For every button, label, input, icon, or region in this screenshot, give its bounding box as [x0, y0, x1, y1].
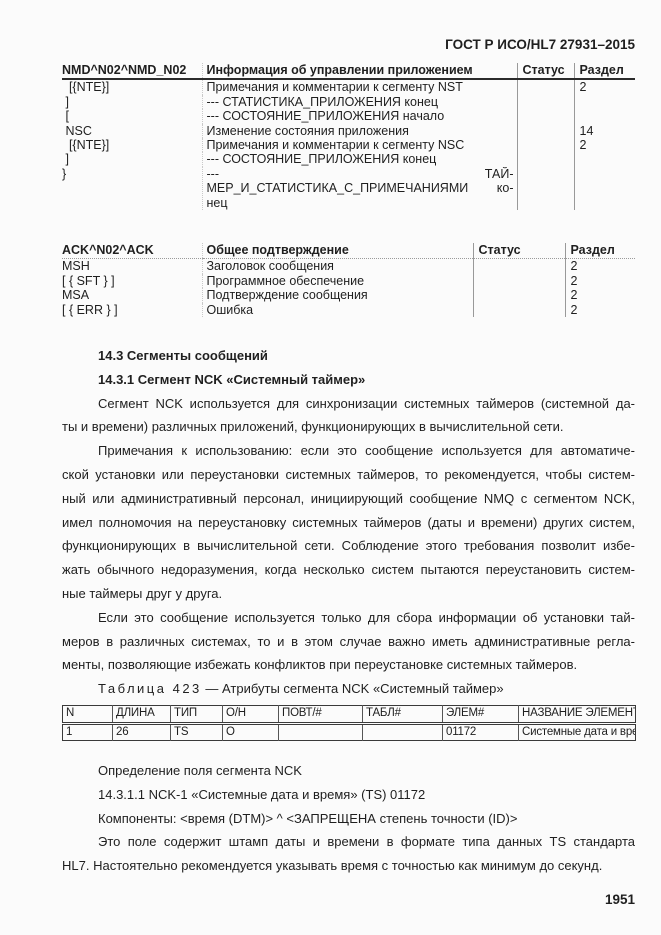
segment-cell: ]: [62, 95, 202, 109]
text-line: жать обычного недоразумения, когда неско…: [62, 558, 635, 582]
description-text: ---: [207, 167, 220, 181]
section-heading-14-3-1: 14.3.1 Сегмент NCK «Системный таймер»: [62, 368, 635, 392]
col-header-description: Информация об управлении приложением: [202, 63, 517, 79]
field-definition-heading: 14.3.1.1 NCK-1 «Системные дата и время» …: [62, 783, 635, 807]
segment-cell: MSA: [62, 288, 202, 302]
status-cell: [517, 152, 574, 166]
col-header-opt: О/Н: [223, 706, 279, 724]
text-line: функционирующих в вычислительной сети. С…: [62, 534, 635, 558]
col-header-segment: NMD^N02^NMD_N02: [62, 63, 202, 79]
col-header-type: ТИП: [171, 706, 223, 724]
segment-cell: [{NTE}]: [62, 138, 202, 152]
table-row: [ --- СОСТОЯНИЕ_ПРИЛОЖЕНИЯ начало: [62, 109, 635, 123]
text-line: ный или административный персонал, иници…: [62, 487, 635, 511]
table-caption: Таблица 423 — Атрибуты сегмента NCK «Сис…: [62, 677, 635, 701]
segment-cell: [: [62, 109, 202, 123]
section-cell: 2: [574, 79, 635, 94]
status-cell: [517, 109, 574, 123]
text-line: ты и времени) различных приложений, функ…: [62, 415, 635, 439]
table-row: MSH Заголовок сообщения 2: [62, 259, 635, 274]
table-row: ] --- СТАТИСТИКА_ПРИЛОЖЕНИЯ конец: [62, 95, 635, 109]
element-name-cell: Системные дата и время: [519, 723, 636, 741]
segment-cell: [ { ERR } ]: [62, 303, 202, 317]
segment-cell: [ { SFT } ]: [62, 274, 202, 288]
description-cell: Программное обеспечение: [202, 274, 473, 288]
type-cell: TS: [171, 723, 223, 741]
segment-cell: [{NTE}]: [62, 79, 202, 94]
text-line: ные таймеры друг у друга.: [62, 582, 635, 606]
text-line: имел полномочия на переустановку системн…: [62, 511, 635, 535]
table-row: 1 26 TS O 01172 Системные дата и время: [63, 723, 636, 741]
description-line: --- ТАЙ-: [207, 167, 514, 181]
description-text: ТАЙ-: [485, 167, 514, 181]
repeat-cell: [279, 723, 363, 741]
description-cell: Изменение состояния приложения: [202, 124, 517, 138]
status-cell: [473, 259, 565, 274]
page-content: ГОСТ Р ИСО/HL7 27931–2015 NMD^N02^NMD_N0…: [62, 0, 635, 907]
table-row: [{NTE}] Примечания и комментарии к сегме…: [62, 79, 635, 94]
table-row: NSC Изменение состояния приложения 14: [62, 124, 635, 138]
status-cell: [473, 303, 565, 317]
text-line: Сегмент NCK используется для синхронизац…: [62, 392, 635, 416]
length-cell: 26: [113, 723, 171, 741]
text-line: Если это сообщение используется только д…: [62, 606, 635, 630]
col-header-length: ДЛИНА: [113, 706, 171, 724]
tbl-cell: [363, 723, 443, 741]
document-header: ГОСТ Р ИСО/HL7 27931–2015: [62, 0, 635, 52]
status-cell: [517, 79, 574, 94]
description-cell: --- ТАЙ- МЕР_И_СТАТИСТИКА_С_ПРИМЕЧАНИЯМИ…: [202, 167, 517, 210]
text-line: HL7. Настоятельно рекомендуется указыват…: [62, 854, 635, 878]
segment-cell: MSH: [62, 259, 202, 274]
paragraph-usage-notes: Примечания к использованию: если это соо…: [62, 439, 635, 606]
page-number: 1951: [62, 892, 635, 907]
col-header-section: Раздел: [574, 63, 635, 79]
status-cell: [517, 138, 574, 152]
text-line: Это поле содержит штамп даты и времени в…: [62, 830, 635, 854]
table-row: [ { SFT } ] Программное обеспечение 2: [62, 274, 635, 288]
paragraph-nck-intro: Сегмент NCK используется для синхронизац…: [62, 392, 635, 440]
col-header-tbl: ТАБЛ#: [363, 706, 443, 724]
description-cell: Примечания и комментарии к сегменту NST: [202, 79, 517, 94]
opt-cell: O: [223, 723, 279, 741]
col-header-section: Раздел: [565, 243, 635, 259]
text-line: Примечания к использованию: если это соо…: [62, 439, 635, 463]
status-cell: [517, 167, 574, 210]
col-header-description: Общее подтверждение: [202, 243, 473, 259]
col-header-n: N: [63, 706, 113, 724]
field-definition-intro: Определение поля сегмента NCK: [62, 759, 635, 783]
table-row: [{NTE}] Примечания и комментарии к сегме…: [62, 138, 635, 152]
table-row: ] --- СОСТОЯНИЕ_ПРИЛОЖЕНИЯ конец: [62, 152, 635, 166]
paragraph-timer-info: Если это сообщение используется только д…: [62, 606, 635, 677]
section-cell: [574, 95, 635, 109]
table-caption-label: Таблица 423: [98, 681, 202, 696]
description-cell: Примечания и комментарии к сегменту NSC: [202, 138, 517, 152]
table-row: [ { ERR } ] Ошибка 2: [62, 303, 635, 317]
status-cell: [473, 274, 565, 288]
document-page: ГОСТ Р ИСО/HL7 27931–2015 NMD^N02^NMD_N0…: [0, 0, 661, 935]
n-cell: 1: [63, 723, 113, 741]
description-cell: --- СОСТОЯНИЕ_ПРИЛОЖЕНИЯ начало: [202, 109, 517, 123]
description-cell: Подтверждение сообщения: [202, 288, 473, 302]
description-line: нец: [207, 196, 514, 210]
table-header-row: NMD^N02^NMD_N02 Информация об управлении…: [62, 63, 635, 79]
nmd-message-structure-table: NMD^N02^NMD_N02 Информация об управлении…: [62, 63, 635, 210]
description-cell: --- СТАТИСТИКА_ПРИЛОЖЕНИЯ конец: [202, 95, 517, 109]
field-definition-section: Определение поля сегмента NCK 14.3.1.1 N…: [62, 759, 635, 878]
segment-cell: NSC: [62, 124, 202, 138]
section-cell: [574, 109, 635, 123]
col-header-status: Статус: [473, 243, 565, 259]
table-row: MSA Подтверждение сообщения 2: [62, 288, 635, 302]
nck-attributes-table: N ДЛИНА ТИП О/Н ПОВТ/# ТАБЛ# ЭЛЕМ# НАЗВА…: [62, 705, 636, 741]
text-line: ской установки или переустановки системн…: [62, 463, 635, 487]
status-cell: [517, 95, 574, 109]
elem-cell: 01172: [443, 723, 519, 741]
section-cell: 2: [565, 288, 635, 302]
table-header-row: ACK^N02^ACK Общее подтверждение Статус Р…: [62, 243, 635, 259]
segment-cell: ]: [62, 152, 202, 166]
section-cell: 2: [565, 274, 635, 288]
section-cell: 14: [574, 124, 635, 138]
field-components: Компоненты: <время (DTM)> ^ <ЗАПРЕЩЕНА с…: [62, 807, 635, 831]
description-cell: Заголовок сообщения: [202, 259, 473, 274]
col-header-element-name: НАЗВАНИЕ ЭЛЕМЕНТА: [519, 706, 636, 724]
section-cell: 2: [565, 303, 635, 317]
col-header-repeat: ПОВТ/#: [279, 706, 363, 724]
section-heading-14-3: 14.3 Сегменты сообщений: [62, 344, 635, 368]
col-header-elem: ЭЛЕМ#: [443, 706, 519, 724]
ack-message-structure-table: ACK^N02^ACK Общее подтверждение Статус Р…: [62, 243, 635, 317]
section-cell: 2: [565, 259, 635, 274]
text-line: менты, позволяющие избежать конфликтов п…: [62, 653, 635, 677]
section-cell: [574, 167, 635, 210]
table-header-row: N ДЛИНА ТИП О/Н ПОВТ/# ТАБЛ# ЭЛЕМ# НАЗВА…: [63, 706, 636, 724]
description-cell: Ошибка: [202, 303, 473, 317]
text-line: меров в различных системах, то и в этом …: [62, 630, 635, 654]
description-cell: --- СОСТОЯНИЕ_ПРИЛОЖЕНИЯ конец: [202, 152, 517, 166]
col-header-segment: ACK^N02^ACK: [62, 243, 202, 259]
col-header-status: Статус: [517, 63, 574, 79]
table-caption-text: — Атрибуты сегмента NCK «Системный тайме…: [205, 681, 503, 696]
table-row: } --- ТАЙ- МЕР_И_СТАТИСТИКА_С_ПРИМЕЧАНИЯ…: [62, 167, 635, 210]
status-cell: [517, 124, 574, 138]
segment-cell: }: [62, 167, 202, 210]
section-cell: 2: [574, 138, 635, 152]
section-cell: [574, 152, 635, 166]
status-cell: [473, 288, 565, 302]
description-line: МЕР_И_СТАТИСТИКА_С_ПРИМЕЧАНИЯМИ ко-: [207, 181, 514, 195]
